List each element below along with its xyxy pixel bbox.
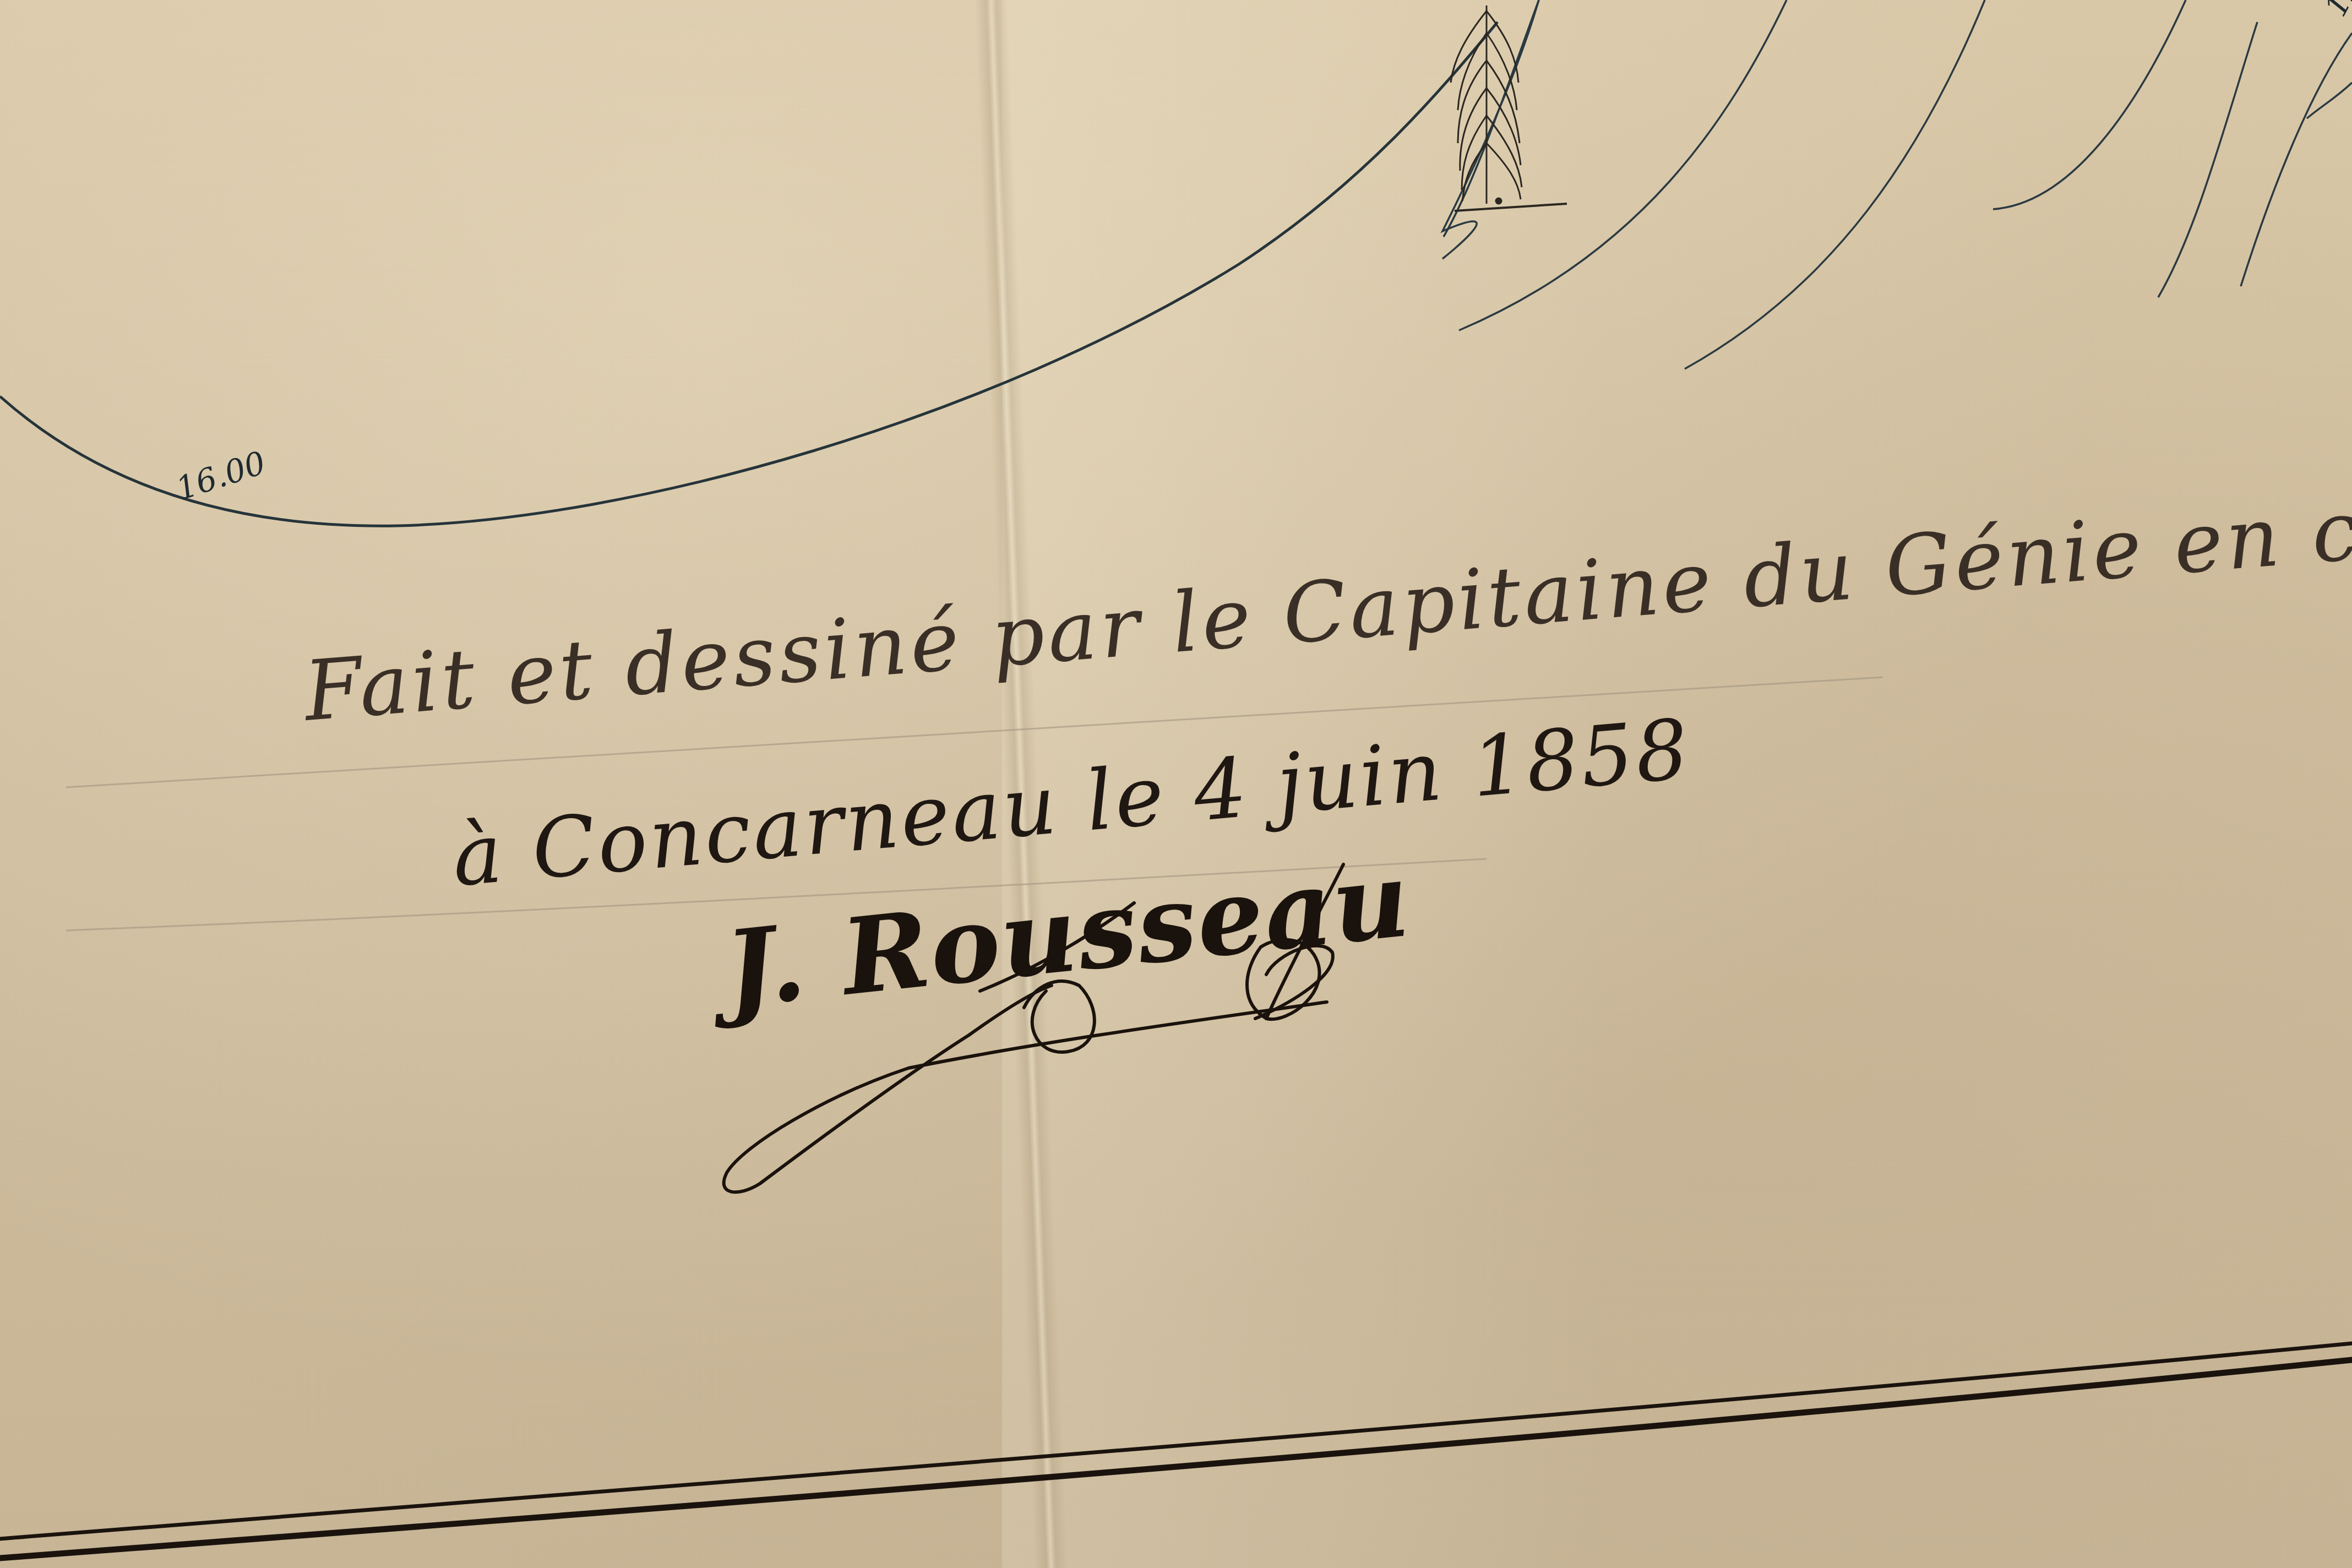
sheet-border-lines [0, 1343, 2352, 1558]
contour-arc [0, 22, 1498, 526]
diagonal-hatch-lines [1440, 0, 2352, 369]
